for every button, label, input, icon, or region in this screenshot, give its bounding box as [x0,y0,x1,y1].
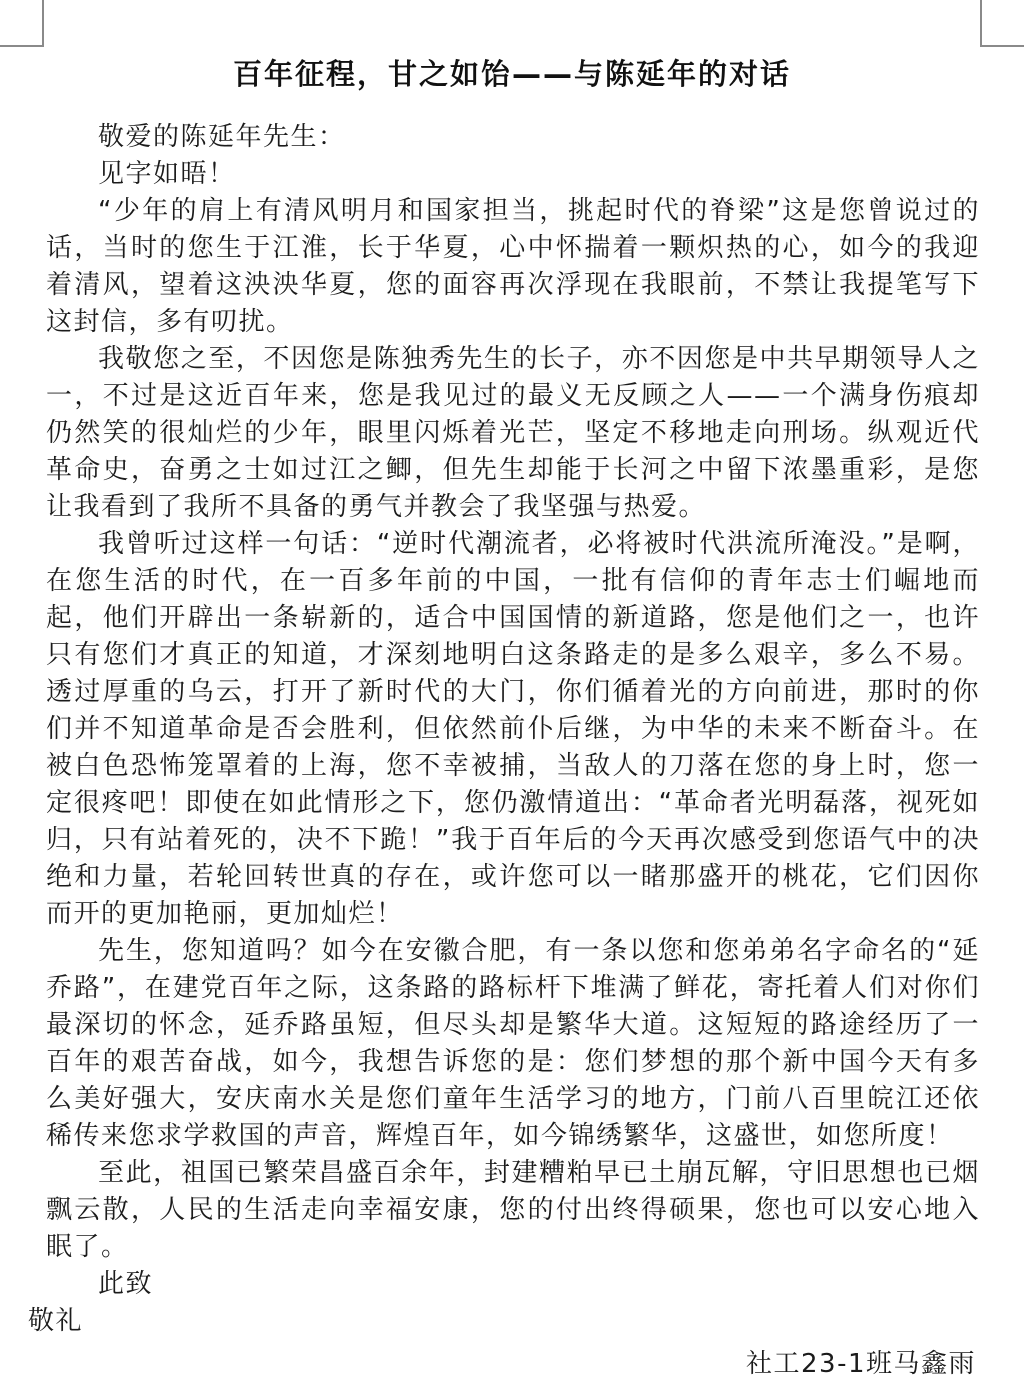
letter-salutation: 敬爱的陈延年先生： [46,119,980,156]
letter-body: 敬爱的陈延年先生： 见字如晤！ “少年的肩上有清风明月和国家担当，挑起时代的脊梁… [46,119,980,1266]
letter-title: 百年征程，甘之如饴——与陈延年的对话 [60,52,964,93]
closing-cizhi: 此致 [46,1266,980,1303]
letter-closing: 此致 敬礼 [46,1266,980,1340]
letter-paragraph: 先生，您知道吗？如今在安徽合肥，有一条以您和您弟弟名字命名的“延乔路”，在建党百… [46,933,980,1155]
letter-signature: 社工23-1班马鑫雨 [46,1346,976,1383]
letter-paragraph: 我敬您之至，不因您是陈独秀先生的长子，亦不因您是中共早期领导人之一，不过是这近百… [46,341,980,526]
closing-jingli: 敬礼 [28,1303,980,1340]
letter-paragraph: 至此，祖国已繁荣昌盛百余年，封建糟粕早已土崩瓦解，守旧思想也已烟飘云散，人民的生… [46,1155,980,1266]
letter-opening: 见字如晤！ [46,156,980,193]
letter-paragraph: “少年的肩上有清风明月和国家担当，挑起时代的脊梁”这是您曾说过的话，当时的您生于… [46,193,980,341]
letter-paragraph: 我曾听过这样一句话：“逆时代潮流者，必将被时代洪流所淹没。”是啊，在您生活的时代… [46,526,980,933]
corner-mark-top-left-icon [0,0,44,47]
corner-mark-top-right-icon [980,0,1024,47]
letter-page: 百年征程，甘之如饴——与陈延年的对话 敬爱的陈延年先生： 见字如晤！ “少年的肩… [0,0,1024,1395]
